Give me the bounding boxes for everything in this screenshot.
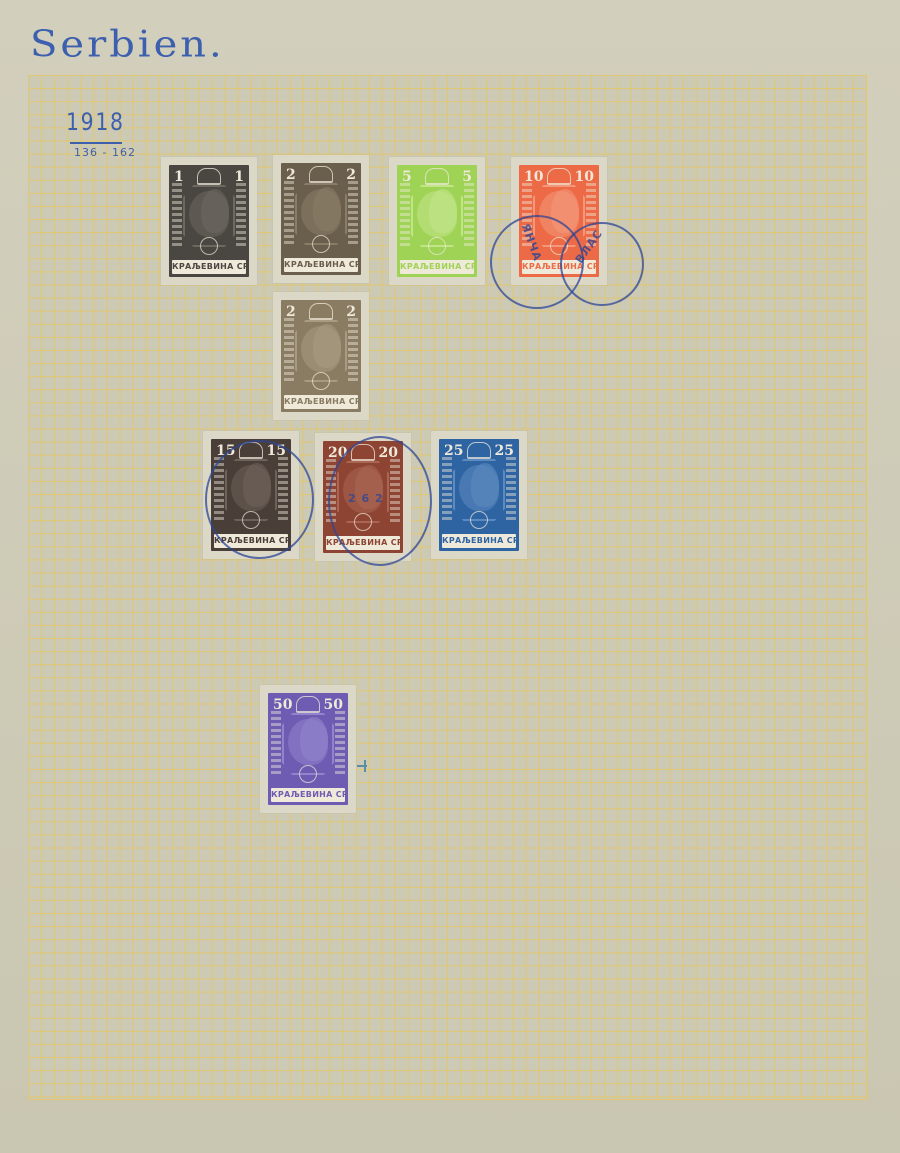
- year-label: 1918: [66, 108, 125, 136]
- stamp[interactable]: 1 1 КРАЉЕВИНА СРБИЈА: [161, 157, 257, 285]
- stamp-inscription: КРАЉЕВИНА СРБИЈА: [522, 260, 596, 274]
- stamp[interactable]: 10 10 КРАЉЕВИНА СРБИЈА: [511, 157, 607, 285]
- ornament: [442, 457, 452, 521]
- pencil-mark: [364, 760, 366, 772]
- ornament: [464, 183, 474, 247]
- ornament: [278, 457, 288, 521]
- ornament: [390, 459, 400, 523]
- eagle-emblem-icon: [242, 511, 260, 529]
- stamp-design: 5 5 КРАЉЕВИНА СРБИЈА: [397, 165, 477, 277]
- ornament: [348, 318, 358, 382]
- ornament: [586, 183, 596, 247]
- crown-icon: [239, 442, 263, 459]
- stamp[interactable]: 20 20 КРАЉЕВИНА СРБИЈА: [315, 433, 411, 561]
- crown-icon: [309, 166, 333, 183]
- stamp-inscription: КРАЉЕВИНА СРБИЈА: [214, 534, 288, 548]
- stamp-design: 25 25 КРАЉЕВИНА СРБИЈА: [439, 439, 519, 551]
- stamp-inscription: КРАЉЕВИНА СРБИЈА: [172, 260, 246, 274]
- eagle-emblem-icon: [299, 765, 317, 783]
- year-underline: [70, 142, 122, 144]
- eagle-emblem-icon: [470, 511, 488, 529]
- stamp-inscription: КРАЉЕВИНА СРБИЈА: [284, 395, 358, 409]
- pencil-mark: [357, 765, 367, 767]
- crown-icon: [547, 168, 571, 185]
- eagle-emblem-icon: [550, 237, 568, 255]
- stamp-design: 20 20 КРАЉЕВИНА СРБИЈА: [323, 441, 403, 553]
- eagle-emblem-icon: [200, 237, 218, 255]
- ornament: [335, 711, 345, 775]
- stamp[interactable]: 2 2 КРАЉЕВИНА СРБИЈА: [273, 155, 369, 283]
- ornament: [400, 183, 410, 247]
- crown-icon: [197, 168, 221, 185]
- ornament: [172, 183, 182, 247]
- stamp[interactable]: 5 5 КРАЉЕВИНА СРБИЈА: [389, 157, 485, 285]
- ornament: [348, 181, 358, 245]
- ornament: [271, 711, 281, 775]
- stamp-design: 50 50 КРАЉЕВИНА СРБИЈА: [268, 693, 348, 805]
- crown-icon: [425, 168, 449, 185]
- ornament: [284, 181, 294, 245]
- portrait-icon: [313, 187, 341, 231]
- stamp[interactable]: 50 50 КРАЉЕВИНА СРБИЈА: [260, 685, 356, 813]
- stamp-design: 15 15 КРАЉЕВИНА СРБИЈА: [211, 439, 291, 551]
- portrait-icon: [300, 717, 328, 761]
- page-title: Serbien.: [30, 24, 225, 65]
- album-page: Serbien. 1918 136 - 162 1 1 КРАЉЕВИНА СР…: [0, 0, 900, 1153]
- eagle-emblem-icon: [354, 513, 372, 531]
- eagle-emblem-icon: [312, 372, 330, 390]
- stamp-inscription: КРАЉЕВИНА СРБИЈА: [284, 258, 358, 272]
- portrait-icon: [243, 463, 271, 507]
- portrait-icon: [355, 465, 383, 509]
- stamp-inscription: КРАЉЕВИНА СРБИЈА: [442, 534, 516, 548]
- stamp-design: 2 2 КРАЉЕВИНА СРБИЈА: [281, 300, 361, 412]
- crown-icon: [351, 444, 375, 461]
- crown-icon: [296, 696, 320, 713]
- portrait-icon: [429, 189, 457, 233]
- crown-icon: [309, 303, 333, 320]
- eagle-emblem-icon: [312, 235, 330, 253]
- portrait-icon: [551, 189, 579, 233]
- stamp[interactable]: 25 25 КРАЉЕВИНА СРБИЈА: [431, 431, 527, 559]
- eagle-emblem-icon: [428, 237, 446, 255]
- ornament: [236, 183, 246, 247]
- portrait-icon: [201, 189, 229, 233]
- stamp-inscription: КРАЉЕВИНА СРБИЈА: [400, 260, 474, 274]
- portrait-icon: [313, 324, 341, 368]
- ornament: [326, 459, 336, 523]
- ornament: [506, 457, 516, 521]
- ornament: [214, 457, 224, 521]
- portrait-icon: [471, 463, 499, 507]
- stamp-design: 10 10 КРАЉЕВИНА СРБИЈА: [519, 165, 599, 277]
- stamp-design: 2 2 КРАЉЕВИНА СРБИЈА: [281, 163, 361, 275]
- crown-icon: [467, 442, 491, 459]
- ornament: [522, 183, 532, 247]
- stamp[interactable]: 15 15 КРАЉЕВИНА СРБИЈА: [203, 431, 299, 559]
- stamp[interactable]: 2 2 КРАЉЕВИНА СРБИЈА: [273, 292, 369, 420]
- stamp-inscription: КРАЉЕВИНА СРБИЈА: [326, 536, 400, 550]
- ornament: [284, 318, 294, 382]
- catalog-range: 136 - 162: [74, 146, 136, 159]
- stamp-inscription: КРАЉЕВИНА СРБИЈА: [271, 788, 345, 802]
- stamp-design: 1 1 КРАЉЕВИНА СРБИЈА: [169, 165, 249, 277]
